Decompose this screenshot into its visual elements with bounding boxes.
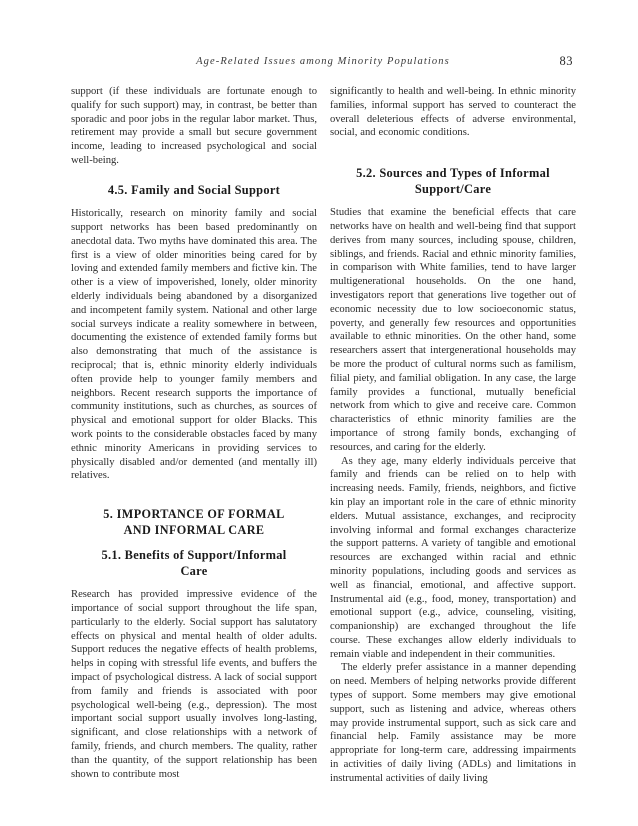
continuation-paragraph: support (if these individuals are fortun… xyxy=(71,85,317,168)
right-column: significantly to health and well-being. … xyxy=(330,85,576,786)
section-heading-5-1: 5.1. Benefits of Support/Informal Care xyxy=(90,548,298,579)
section-5-2-paragraph: As they age, many elderly individuals pe… xyxy=(330,455,576,662)
running-head-title: Age-Related Issues among Minority Popula… xyxy=(71,56,575,67)
two-column-layout: support (if these individuals are fortun… xyxy=(71,85,575,786)
page-header: Age-Related Issues among Minority Popula… xyxy=(71,56,575,72)
section-5-1-paragraph: Research has provided impressive evidenc… xyxy=(71,588,317,781)
section-5-2-paragraph: Studies that examine the beneficial effe… xyxy=(330,206,576,454)
section-heading-4-5: 4.5. Family and Social Support xyxy=(71,183,317,199)
left-column: support (if these individuals are fortun… xyxy=(71,85,317,786)
document-page: Age-Related Issues among Minority Popula… xyxy=(0,0,638,826)
section-heading-5: 5. IMPORTANCE OF FORMAL AND INFORMAL CAR… xyxy=(94,507,294,538)
page-number: 83 xyxy=(560,54,574,69)
section-heading-5-2: 5.2. Sources and Types of Informal Suppo… xyxy=(344,166,562,197)
section-5-2-paragraph: The elderly prefer assistance in a manne… xyxy=(330,661,576,785)
continuation-paragraph: significantly to health and well-being. … xyxy=(330,85,576,140)
section-4-5-paragraph: Historically, research on minority famil… xyxy=(71,207,317,483)
